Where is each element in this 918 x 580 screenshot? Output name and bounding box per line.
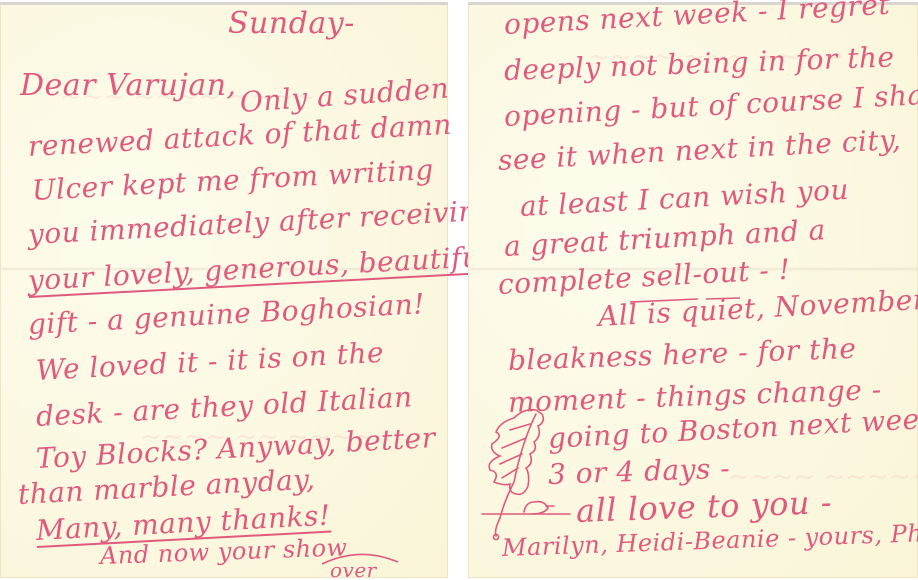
letter-line: bleakness here - for the xyxy=(507,332,856,377)
letter-line: see it when next in the city, xyxy=(497,123,902,177)
page-top-edge xyxy=(0,2,448,5)
over-arc-mark xyxy=(320,550,400,566)
letter-line: opens next week - I regret xyxy=(503,0,891,41)
letter-page-2: ~~~~ ~~~ ~~~~ ~~~~ ~~~~~ ~~ opens next w… xyxy=(468,2,918,578)
date-line: Sunday- xyxy=(228,6,355,41)
salutation: Dear Varujan, xyxy=(20,68,237,103)
letter-line: deeply not being in for the xyxy=(503,40,895,87)
letter-page-1: ~~~ ~~~~ ~~~~ ~~~~ ~~ ~~~~ Sunday- Dear … xyxy=(0,2,448,578)
oak-leaf-icon xyxy=(474,402,584,542)
letter-line: gift - a genuine Boghosian! xyxy=(27,287,426,341)
letter-line: We loved it - it is on the xyxy=(35,336,385,387)
